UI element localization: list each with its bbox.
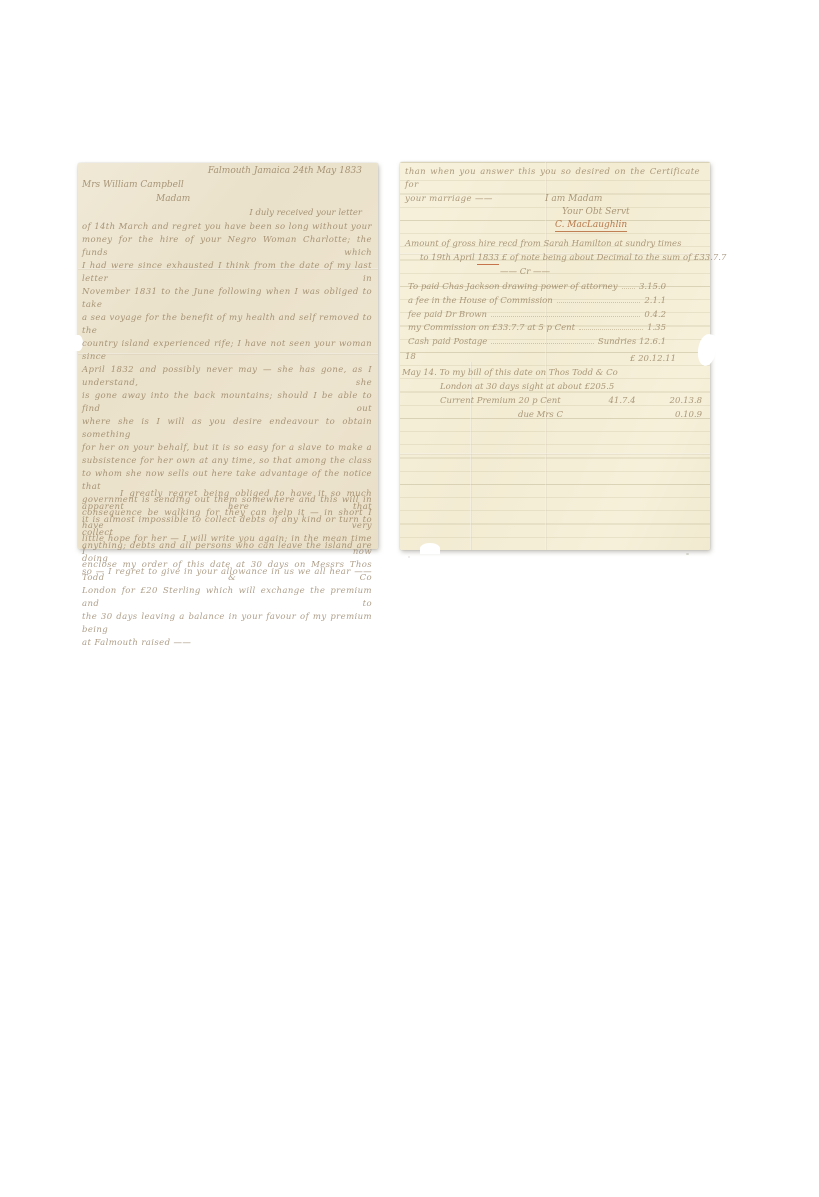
dotted-leader bbox=[579, 329, 643, 330]
cr-label: —— Cr —— bbox=[500, 267, 550, 277]
account-entry-label: a fee in the House of Commission bbox=[408, 295, 553, 309]
account-entry-label: To paid Chas Jackson drawing power of at… bbox=[408, 281, 618, 295]
opening-line: I duly received your letter bbox=[249, 208, 362, 218]
handwriting-line: a sea voyage for the benefit of my healt… bbox=[82, 312, 372, 338]
handwriting-line: so — I regret to give in your allowance … bbox=[82, 566, 372, 579]
bill-line-2: London at 30 days sight at about £205.5 bbox=[440, 382, 614, 392]
letter-page-1: Falmouth Jamaica 24th May 1833 Mrs Willi… bbox=[78, 163, 378, 549]
account-entry-amount: 0.4.2 bbox=[644, 309, 700, 323]
dotted-leader bbox=[491, 316, 640, 317]
handwriting-line: where she is I will as you desire endeav… bbox=[82, 416, 372, 442]
account-entry-row: my Commission on £33.7.7 at 5 p Cent1.35 bbox=[408, 322, 700, 336]
handwriting-line: the 30 days leaving a balance in your fa… bbox=[82, 611, 372, 637]
dotted-leader bbox=[622, 288, 635, 289]
bill-line-3-amount-1: 41.7.4 bbox=[609, 396, 636, 406]
handwriting-line: November 1831 to the June following when… bbox=[82, 286, 372, 312]
account-header-pre: to 19th April bbox=[420, 253, 477, 263]
account-header-line-1: Amount of gross hire recd from Sarah Ham… bbox=[405, 239, 681, 249]
dotted-leader bbox=[557, 302, 641, 303]
dust-speck bbox=[686, 553, 689, 555]
letter-page-2: than when you answer this you so desired… bbox=[400, 162, 710, 550]
account-entry-amount: 3.15.0 bbox=[639, 281, 700, 295]
account-entry-label: Cash paid Postage bbox=[408, 336, 487, 350]
account-entry-label: my Commission on £33.7.7 at 5 p Cent bbox=[408, 322, 575, 336]
bill-line-3-amount-2: 20.13.8 bbox=[670, 396, 702, 406]
torn-edge bbox=[420, 543, 440, 554]
account-entries: To paid Chas Jackson drawing power of at… bbox=[408, 281, 700, 350]
fold-crease bbox=[400, 453, 710, 455]
salutation: Madam bbox=[156, 194, 190, 204]
handwriting-line: of 14th March and regret you have been s… bbox=[82, 221, 372, 234]
account-entry-amount: 2.1.1 bbox=[644, 295, 700, 309]
account-entry-label: fee paid Dr Brown bbox=[408, 309, 487, 323]
bill-line-3-label: Current Premium 20 p Cent bbox=[440, 396, 561, 406]
handwriting-line: subsistence for her own at any time, so … bbox=[82, 455, 372, 468]
handwriting-line: at Falmouth raised —— bbox=[82, 637, 372, 650]
account-entry-amount: 1.35 bbox=[647, 322, 700, 336]
handwriting-line: April 1832 and possibly never may — she … bbox=[82, 364, 372, 390]
handwriting-line: it is almost impossible to collect debts… bbox=[82, 514, 372, 540]
bill-line-4-label: due Mrs C bbox=[518, 410, 563, 420]
account-entry-row: fee paid Dr Brown0.4.2 bbox=[408, 309, 700, 323]
handwriting-line: London for £20 Sterling which will excha… bbox=[82, 585, 372, 611]
valediction: I am Madam bbox=[545, 194, 602, 204]
account-entry-row: To paid Chas Jackson drawing power of at… bbox=[408, 281, 700, 295]
body-paragraph-2: I greatly regret being obliged to have i… bbox=[82, 488, 372, 579]
account-entry-row: a fee in the House of Commission2.1.1 bbox=[408, 295, 700, 309]
signature-name: C. MacLaughlin bbox=[555, 220, 627, 232]
dust-speck bbox=[408, 556, 410, 558]
bill-line-3: Current Premium 20 p Cent 41.7.4 20.13.8 bbox=[440, 396, 702, 406]
account-header-line-2: to 19th April 1833 £ of note being about… bbox=[420, 253, 726, 263]
fold-crease bbox=[545, 162, 547, 550]
handwriting-line: than when you answer this you so desired… bbox=[405, 166, 700, 193]
handwriting-line: I had were since exhausted I think from … bbox=[82, 260, 372, 286]
account-header-year: 1833 bbox=[477, 253, 499, 265]
handwriting-line: money for the hire of your Negro Woman C… bbox=[82, 234, 372, 260]
bill-line-4-amount: 0.10.9 bbox=[675, 410, 702, 420]
handwriting-line: is gone away into the back mountains; sh… bbox=[82, 390, 372, 416]
body-paragraph-1: of 14th March and regret you have been s… bbox=[82, 221, 372, 650]
handwriting-line: country island experienced rife; I have … bbox=[82, 338, 372, 364]
account-entry-row: Cash paid PostageSundries 12.6.1 bbox=[408, 336, 700, 350]
addressee: Mrs William Campbell bbox=[82, 180, 184, 190]
valediction-2: Your Obt Servt bbox=[562, 207, 630, 217]
signature: C. MacLaughlin bbox=[555, 220, 627, 230]
account-total: £ 20.12.11 bbox=[630, 354, 676, 364]
bill-line-1: May 14. To my bill of this date on Thos … bbox=[402, 368, 618, 378]
photo-of-letter: Falmouth Jamaica 24th May 1833 Mrs Willi… bbox=[0, 0, 819, 1197]
bill-line-4: due Mrs C 0.10.9 bbox=[518, 410, 702, 420]
dotted-leader bbox=[491, 343, 594, 344]
account-entry-amount: Sundries 12.6.1 bbox=[598, 336, 700, 350]
handwriting-line: anything; debts and all persons who can … bbox=[82, 540, 372, 566]
handwriting-line: for her on your behalf, but it is so eas… bbox=[82, 442, 372, 455]
dateline: Falmouth Jamaica 24th May 1833 bbox=[208, 166, 362, 176]
account-header-post: £ of note being about Decimal to the sum… bbox=[499, 253, 726, 263]
total-margin-note: 18 bbox=[405, 352, 416, 362]
handwriting-line: I greatly regret being obliged to have i… bbox=[82, 488, 372, 514]
